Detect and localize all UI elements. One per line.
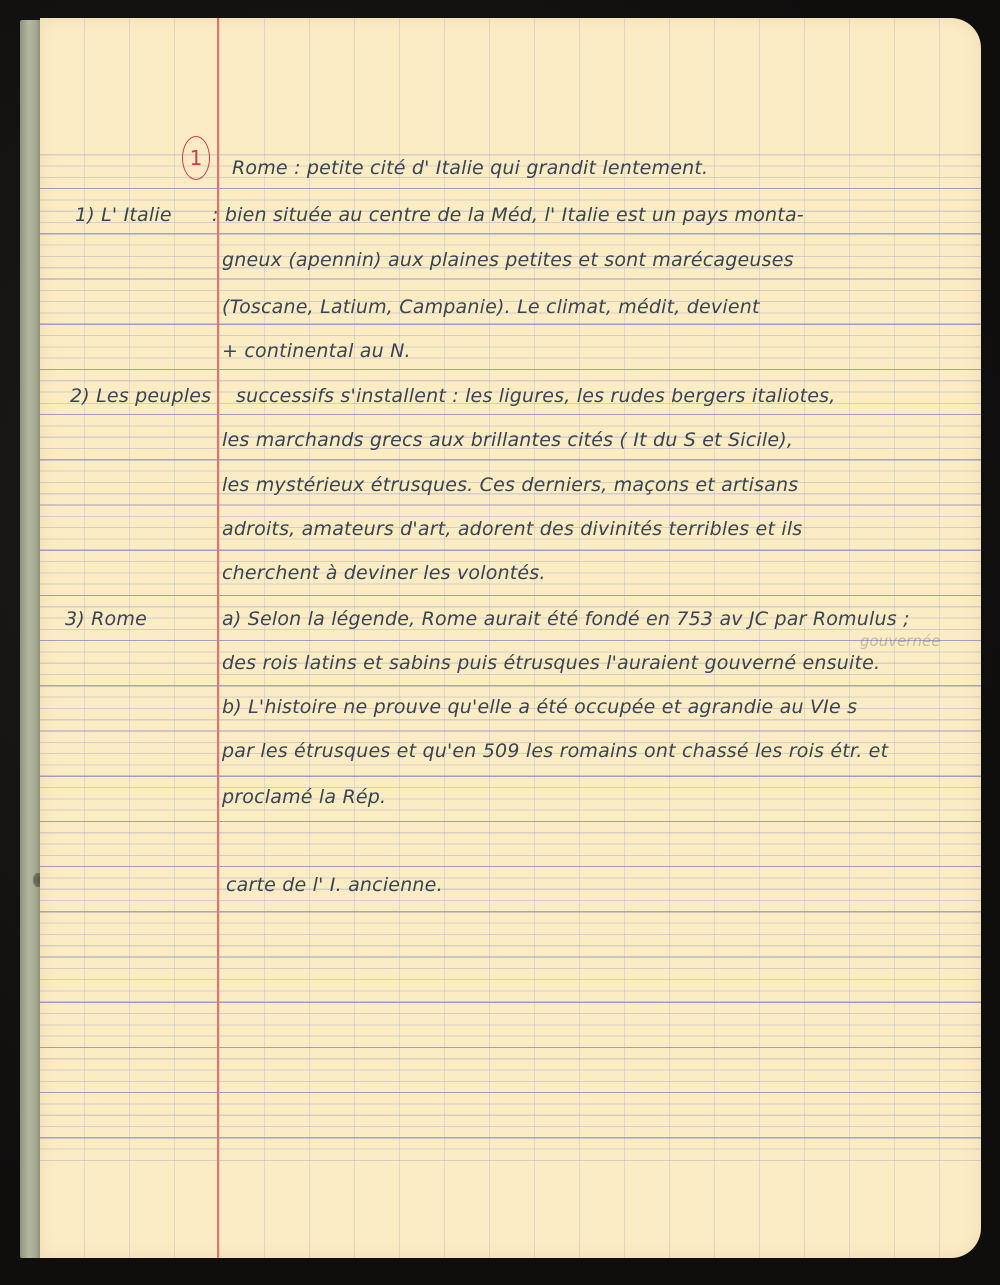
text-line: proclamé la Rép. [222, 786, 386, 808]
text-line: + continental au N. [222, 340, 411, 362]
text-line: des rois latins et sabins puis étrusques… [222, 652, 880, 674]
circled-lesson-number: 1 [182, 136, 210, 180]
text-line: par les étrusques et qu'en 509 les romai… [222, 740, 888, 762]
map-note: carte de l' I. ancienne. [226, 874, 443, 896]
text-line: : bien située au centre de la Méd, l' It… [212, 204, 804, 226]
text-line: cherchent à deviner les volontés. [222, 562, 546, 584]
text-line: successifs s'installent : les ligures, l… [236, 385, 835, 407]
lesson-title: Rome : petite cité d' Italie qui grandit… [232, 157, 708, 179]
notebook-page: 1 Rome : petite cité d' Italie qui grand… [40, 18, 981, 1258]
text-line: (Toscane, Latium, Campanie). Le climat, … [222, 296, 760, 318]
notebook-binding [20, 20, 42, 1258]
section-label-peuples: 2) Les peuples [70, 385, 211, 407]
text-line: b) L'histoire ne prouve qu'elle a été oc… [222, 696, 857, 718]
lesson-number: 1 [190, 146, 203, 170]
text-line: les mystérieux étrusques. Ces derniers, … [222, 474, 798, 496]
text-line: gneux (apennin) aux plaines petites et s… [222, 249, 794, 271]
section-label-rome: 3) Rome [65, 608, 147, 630]
text-line: les marchands grecs aux brillantes cités… [222, 429, 793, 451]
pencil-annotation: gouvernée [860, 632, 940, 650]
text-line: adroits, amateurs d'art, adorent des div… [222, 518, 802, 540]
text-line: a) Selon la légende, Rome aurait été fon… [222, 608, 910, 630]
section-label-italie: 1) L' Italie [75, 204, 172, 226]
